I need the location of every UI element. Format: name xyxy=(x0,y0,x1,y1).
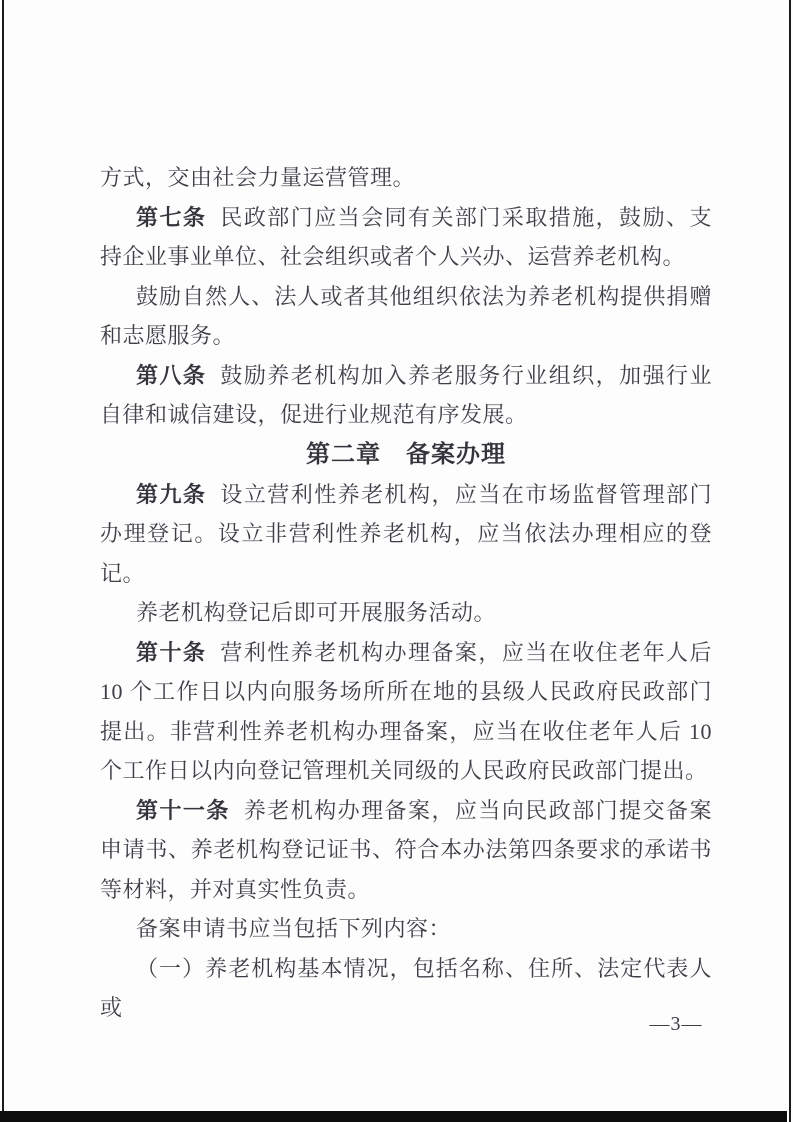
document-body: 方式，交由社会力量运营管理。 第七条民政部门应当会同有关部门采取措施，鼓励、支持… xyxy=(100,158,712,1028)
article-paragraph: 第九条设立营利性养老机构，应当在市场监督管理部门办理登记。设立非营利性养老机构，… xyxy=(100,475,712,594)
scan-edge-right xyxy=(789,0,791,1122)
article-paragraph: 第十一条养老机构办理备案，应当向民政部门提交备案申请书、养老机构登记证书、符合本… xyxy=(100,791,712,910)
paragraph-continuation: 方式，交由社会力量运营管理。 xyxy=(100,158,712,198)
document-page: 方式，交由社会力量运营管理。 第七条民政部门应当会同有关部门采取措施，鼓励、支持… xyxy=(0,0,793,1122)
article-number: 第十条 xyxy=(136,640,206,665)
page-number: —3— xyxy=(596,1013,756,1036)
chapter-heading: 第二章 备案办理 xyxy=(100,435,712,475)
paragraph: 备案申请书应当包括下列内容： xyxy=(100,909,712,949)
article-paragraph: 第八条鼓励养老机构加入养老服务行业组织，加强行业自律和诚信建设，促进行业规范有序… xyxy=(100,356,712,435)
article-paragraph: 第七条民政部门应当会同有关部门采取措施，鼓励、支持企业事业单位、社会组织或者个人… xyxy=(100,198,712,277)
article-number: 第九条 xyxy=(136,482,206,507)
scan-edge-left xyxy=(2,0,4,1122)
article-number: 第十一条 xyxy=(136,798,230,823)
article-paragraph: 第十条营利性养老机构办理备案，应当在收住老年人后 10 个工作日以内向服务场所所… xyxy=(100,633,712,791)
article-number: 第七条 xyxy=(136,205,206,230)
article-number: 第八条 xyxy=(136,363,206,388)
scan-edge-bottom xyxy=(0,1111,787,1122)
paragraph: 鼓励自然人、法人或者其他组织依法为养老机构提供捐赠和志愿服务。 xyxy=(100,277,712,356)
paragraph: 养老机构登记后即可开展服务活动。 xyxy=(100,593,712,633)
